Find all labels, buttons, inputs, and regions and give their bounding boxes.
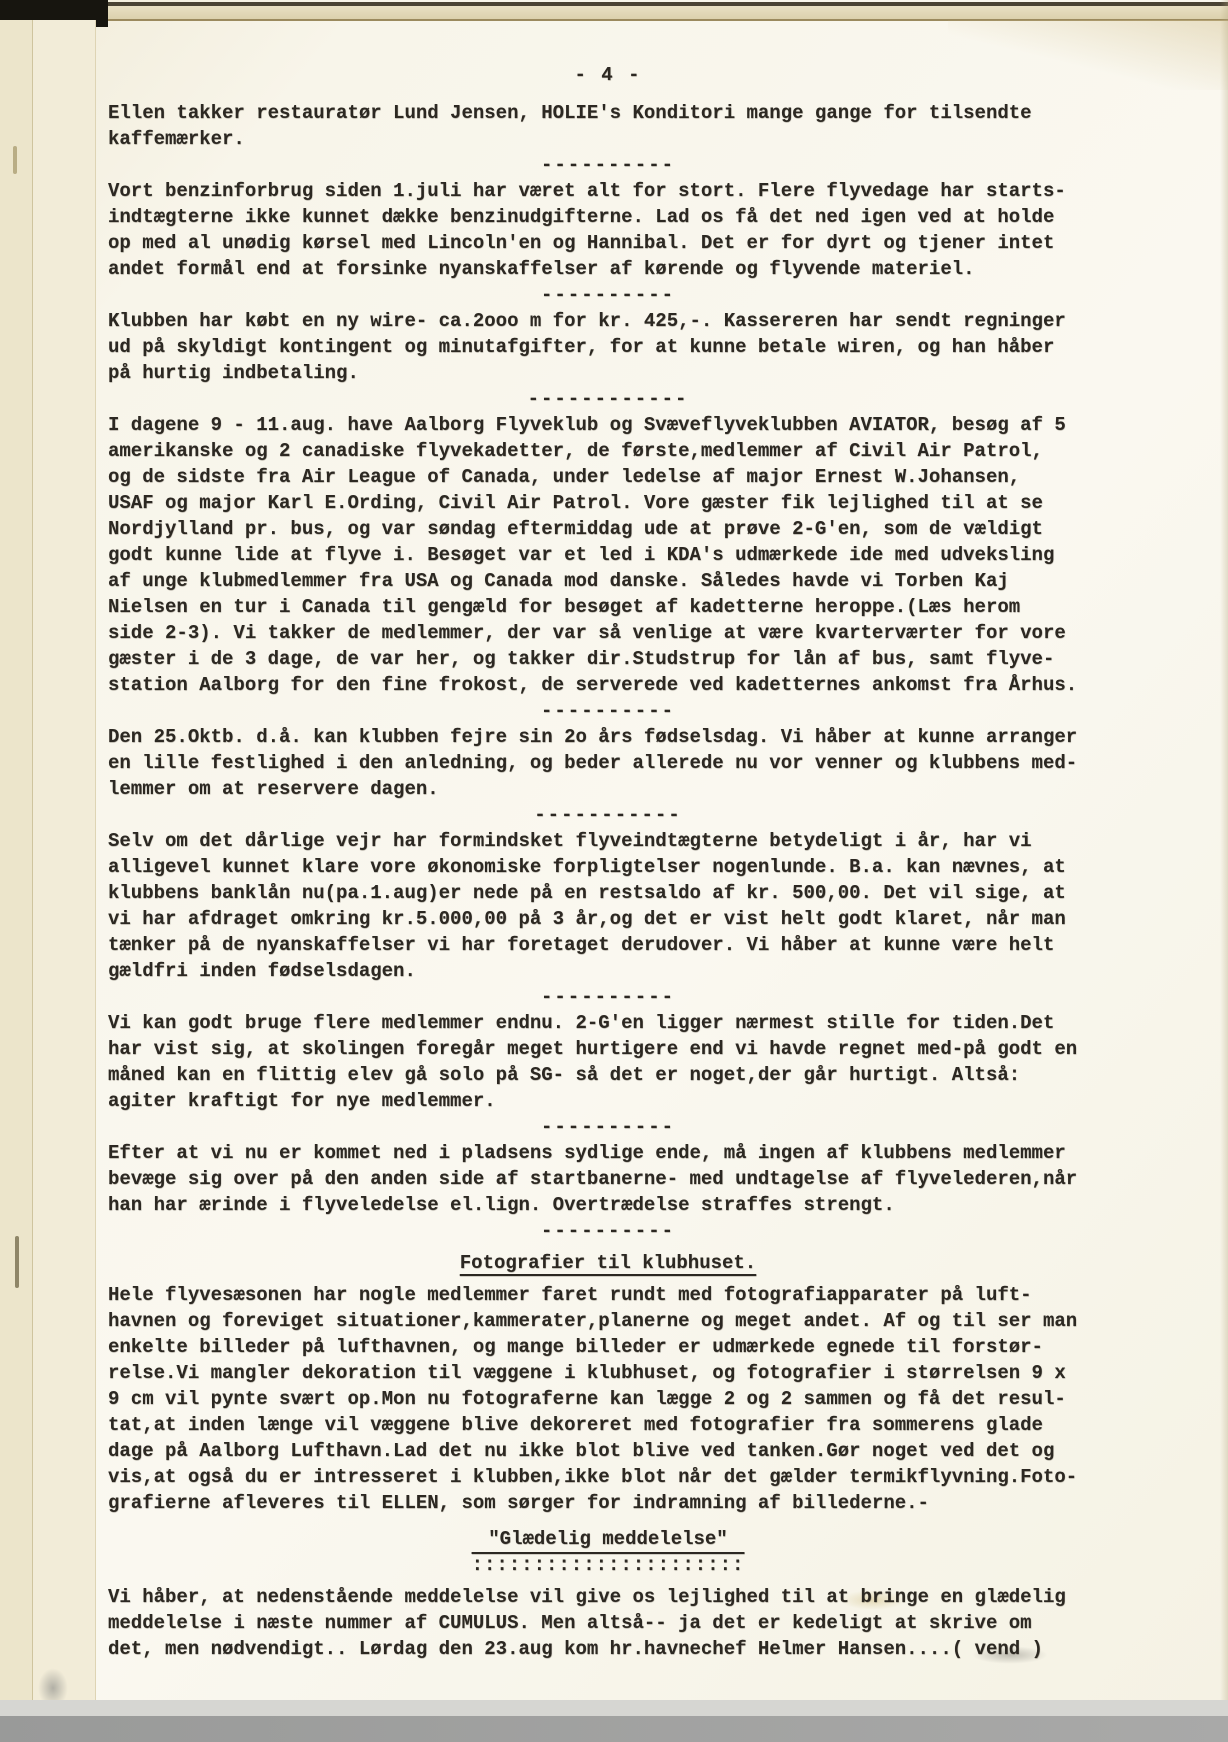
page-content: - 4 - Ellen takker restauratør Lund Jens…	[108, 62, 1223, 1662]
section-heading-fotografier: Fotografier til klubhuset.	[108, 1250, 1108, 1276]
separator: ----------	[108, 984, 1108, 1010]
paragraph-wire: Klubben har købt en ny wire- ca.2ooo m f…	[108, 308, 1223, 386]
left-page-edge-inner	[33, 20, 96, 1706]
scanner-band-light	[0, 1700, 1228, 1716]
paragraph-oekonomi: Selv om det dårlige vejr har formindsket…	[108, 828, 1223, 984]
paragraph-nye-medlemmer: Vi kan godt bruge flere medlemmer endnu.…	[108, 1010, 1223, 1114]
separator: ----------	[108, 698, 1108, 724]
scanned-page: - 4 - Ellen takker restauratør Lund Jens…	[0, 0, 1228, 1742]
left-edge-mark	[13, 146, 17, 174]
separator: ----------	[108, 282, 1108, 308]
page-crack-mark	[15, 1236, 19, 1288]
paragraph-pladsens-sydlige-ende: Efter at vi nu er kommet ned i pladsens …	[108, 1140, 1223, 1218]
scanner-band-dark	[0, 1716, 1228, 1742]
paragraph-foedselsdag: Den 25.Oktb. d.å. kan klubben fejre sin …	[108, 724, 1223, 802]
paragraph-meddelelse: Vi håber, at nedenstående meddelelse vil…	[108, 1584, 1223, 1662]
paragraph-kaffemaerker: Ellen takker restauratør Lund Jensen, HO…	[108, 100, 1223, 152]
top-edge-band	[0, 6, 1228, 19]
paragraph-benzinforbrug: Vort benzinforbrug siden 1.juli har være…	[108, 178, 1223, 282]
separator: ----------	[108, 1218, 1108, 1244]
paragraph-fotografier: Hele flyvesæsonen har nogle medlemmer fa…	[108, 1282, 1223, 1516]
paragraph-flyvekadetter: I dagene 9 - 11.aug. have Aalborg Flyvek…	[108, 412, 1223, 698]
announcement-heading: "Glædelig meddelelse"	[108, 1526, 1108, 1552]
separator: ------------	[108, 386, 1108, 412]
page-number: - 4 -	[108, 62, 1108, 88]
separator: ----------	[108, 1114, 1108, 1140]
dotted-separator: ::::::::::::::::::::::	[108, 1552, 1108, 1578]
separator: ----------	[108, 152, 1108, 178]
left-page-stack-edge	[0, 20, 33, 1706]
separator: -----------	[108, 802, 1108, 828]
